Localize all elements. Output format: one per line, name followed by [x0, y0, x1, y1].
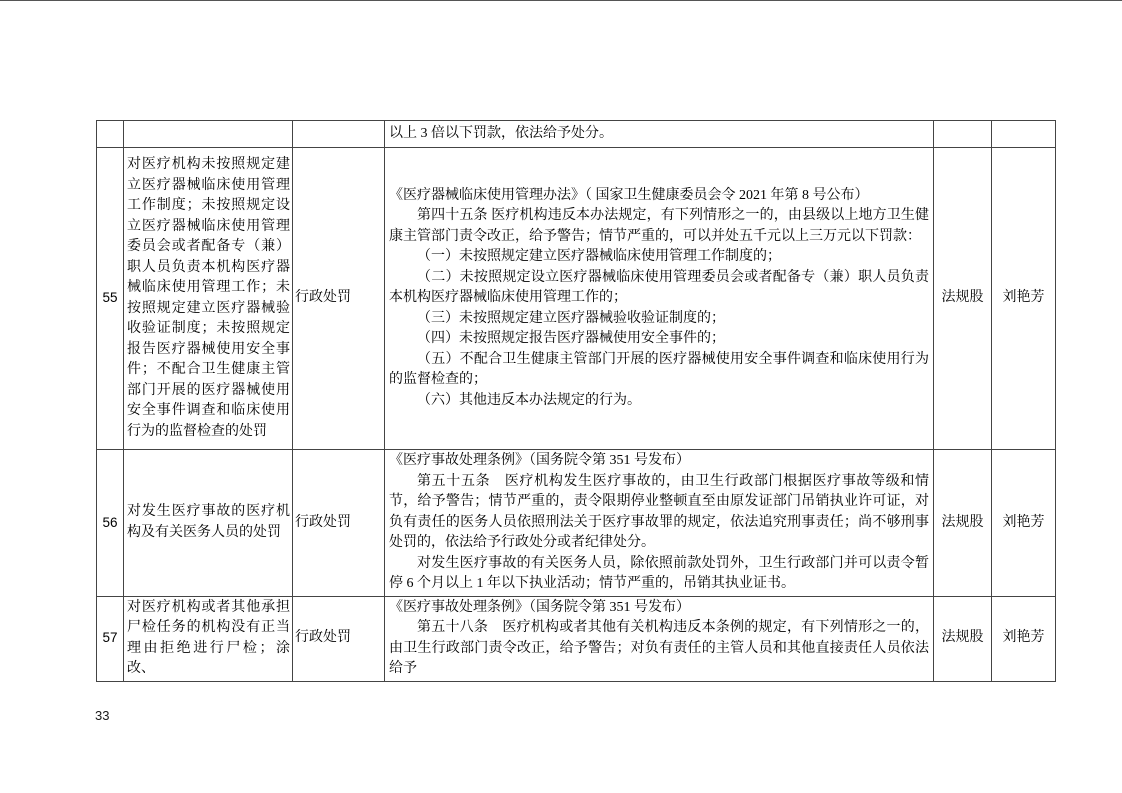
legal-basis-paragraph: （四）未按照规定报告医疗器械使用安全事件的；	[389, 329, 929, 350]
legal-basis-cell: 《医疗器械临床使用管理办法》（ 国家卫生健康委员会令 2021 年第 8 号公布…	[385, 148, 934, 450]
item-description-cell: 对医疗机构未按照规定建立医疗器械临床使用管理工作制度；未按照规定设立医疗器械临床…	[124, 148, 293, 450]
document-page: 以上 3 倍以下罚款，依法给予处分。 55 对医疗机构未按照规定建立医疗器械临床…	[0, 0, 1122, 793]
item-description-cell	[124, 121, 293, 148]
legal-basis-paragraph: 《医疗事故处理条例》（国务院令第 351 号发布）	[389, 598, 929, 619]
legal-basis-paragraph: （三）未按照规定建立医疗器械验收验证制度的；	[389, 309, 929, 330]
legal-basis-paragraph: （五）不配合卫生健康主管部门开展的医疗器械使用安全事件调查和临床使用行为的监督检…	[389, 350, 929, 391]
page-top-edge	[0, 0, 1122, 1]
legal-basis-cell: 《医疗事故处理条例》（国务院令第 351 号发布） 第五十五条 医疗机构发生医疗…	[385, 450, 934, 597]
table-row-56: 56 对发生医疗事故的医疗机构及有关医务人员的处罚 行政处罚 《医疗事故处理条例…	[97, 450, 1056, 597]
penalty-type-cell: 行政处罚	[293, 450, 385, 597]
responsible-person-cell: 刘艳芳	[992, 596, 1056, 681]
legal-basis-cell: 以上 3 倍以下罚款，依法给予处分。	[385, 121, 934, 148]
row-number-cell	[97, 121, 124, 148]
legal-basis-paragraph: 第四十五条 医疗机构违反本办法规定，有下列情形之一的，由县级以上地方卫生健康主管…	[389, 206, 929, 247]
legal-basis-paragraph: （二）未按照规定设立医疗器械临床使用管理委员会或者配备专（兼）职人员负责本机构医…	[389, 268, 929, 309]
row-number-cell: 57	[97, 596, 124, 681]
responsible-person-cell	[992, 121, 1056, 148]
legal-basis-paragraph: 《医疗事故处理条例》（国务院令第 351 号发布）	[389, 451, 929, 472]
item-description-cell: 对医疗机构或者其他承担尸检任务的机构没有正当理由拒绝进行尸检；涂改、	[124, 596, 293, 681]
responsible-person-cell: 刘艳芳	[992, 450, 1056, 597]
row-number-cell: 56	[97, 450, 124, 597]
responsible-unit-cell: 法规股	[934, 596, 992, 681]
responsible-unit-cell	[934, 121, 992, 148]
legal-basis-paragraph: 第五十五条 医疗机构发生医疗事故的，由卫生行政部门根据医疗事故等级和情节，给予警…	[389, 472, 929, 554]
table-row-carryover: 以上 3 倍以下罚款，依法给予处分。	[97, 121, 1056, 148]
responsible-unit-cell: 法规股	[934, 450, 992, 597]
penalty-items-table: 以上 3 倍以下罚款，依法给予处分。 55 对医疗机构未按照规定建立医疗器械临床…	[96, 120, 1056, 682]
responsible-person-cell: 刘艳芳	[992, 148, 1056, 450]
page-number: 33	[95, 708, 109, 723]
penalty-type-cell	[293, 121, 385, 148]
table-row-57: 57 对医疗机构或者其他承担尸检任务的机构没有正当理由拒绝进行尸检；涂改、 行政…	[97, 596, 1056, 681]
responsible-unit-cell: 法规股	[934, 148, 992, 450]
penalty-type-cell: 行政处罚	[293, 148, 385, 450]
legal-basis-paragraph: 对发生医疗事故的有关医务人员，除依照前款处罚外，卫生行政部门并可以责令暂停 6 …	[389, 554, 929, 595]
legal-basis-paragraph: 以上 3 倍以下罚款，依法给予处分。	[389, 124, 929, 145]
penalty-type-cell: 行政处罚	[293, 596, 385, 681]
legal-basis-paragraph: 第五十八条 医疗机构或者其他有关机构违反本条例的规定，有下列情形之一的，由卫生行…	[389, 618, 929, 680]
legal-basis-paragraph: 《医疗器械临床使用管理办法》（ 国家卫生健康委员会令 2021 年第 8 号公布…	[389, 186, 929, 207]
table-row-55: 55 对医疗机构未按照规定建立医疗器械临床使用管理工作制度；未按照规定设立医疗器…	[97, 148, 1056, 450]
item-description-cell: 对发生医疗事故的医疗机构及有关医务人员的处罚	[124, 450, 293, 597]
row-number-cell: 55	[97, 148, 124, 450]
legal-basis-paragraph: （一）未按照规定建立医疗器械临床使用管理工作制度的；	[389, 247, 929, 268]
legal-basis-paragraph: （六）其他违反本办法规定的行为。	[389, 391, 929, 412]
legal-basis-cell: 《医疗事故处理条例》（国务院令第 351 号发布） 第五十八条 医疗机构或者其他…	[385, 596, 934, 681]
